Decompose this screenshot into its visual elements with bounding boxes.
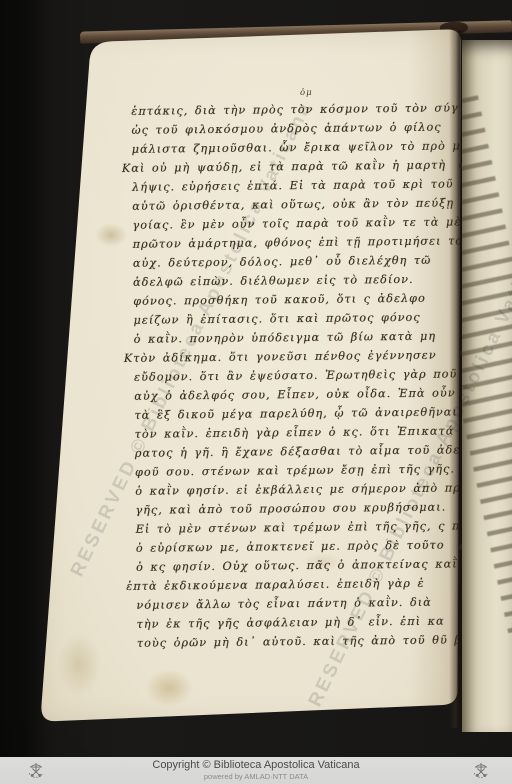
superscript-note: ὁμ bbox=[300, 88, 313, 98]
page-stain bbox=[88, 218, 134, 252]
footer-copyright: Copyright © Biblioteca Apostolica Vatica… bbox=[0, 759, 512, 772]
page-stain bbox=[136, 662, 202, 714]
manuscript-line: αὐχ. δεύτερον, δόλος. μεθ᾽ οὗ διελέχθη τ… bbox=[133, 250, 469, 273]
page-stain bbox=[50, 622, 108, 708]
footer-text: Copyright © Biblioteca Apostolica Vatica… bbox=[0, 759, 512, 781]
manuscript-page: ὁμ ἑπτάκις, διὰ τὴν πρὸς τὸν κόσμον τοῦ … bbox=[28, 22, 468, 732]
facing-page bbox=[462, 40, 512, 732]
screenshot-root: ὁμ ἑπτάκις, διὰ τὴν πρὸς τὸν κόσμον τοῦ … bbox=[0, 0, 512, 784]
footer-powered-by: powered by AMLAD·NTT DATA bbox=[0, 772, 512, 781]
manuscript-text: ἑπτάκις, διὰ τὴν πρὸς τὸν κόσμον τοῦ τὸν… bbox=[131, 98, 473, 652]
vatican-emblem-right-icon bbox=[471, 760, 491, 780]
manuscript-viewer-canvas[interactable]: ὁμ ἑπτάκις, διὰ τὴν πρὸς τὸν κόσμον τοῦ … bbox=[0, 0, 512, 784]
footer-bar: Copyright © Biblioteca Apostolica Vatica… bbox=[0, 757, 512, 784]
facing-page-text-lines bbox=[462, 84, 512, 645]
manuscript-line: τοὺς ὁρῶν μὴ δι᾽ αὐτοῦ. καὶ τῆς ἀπὸ τοῦ … bbox=[137, 630, 473, 653]
